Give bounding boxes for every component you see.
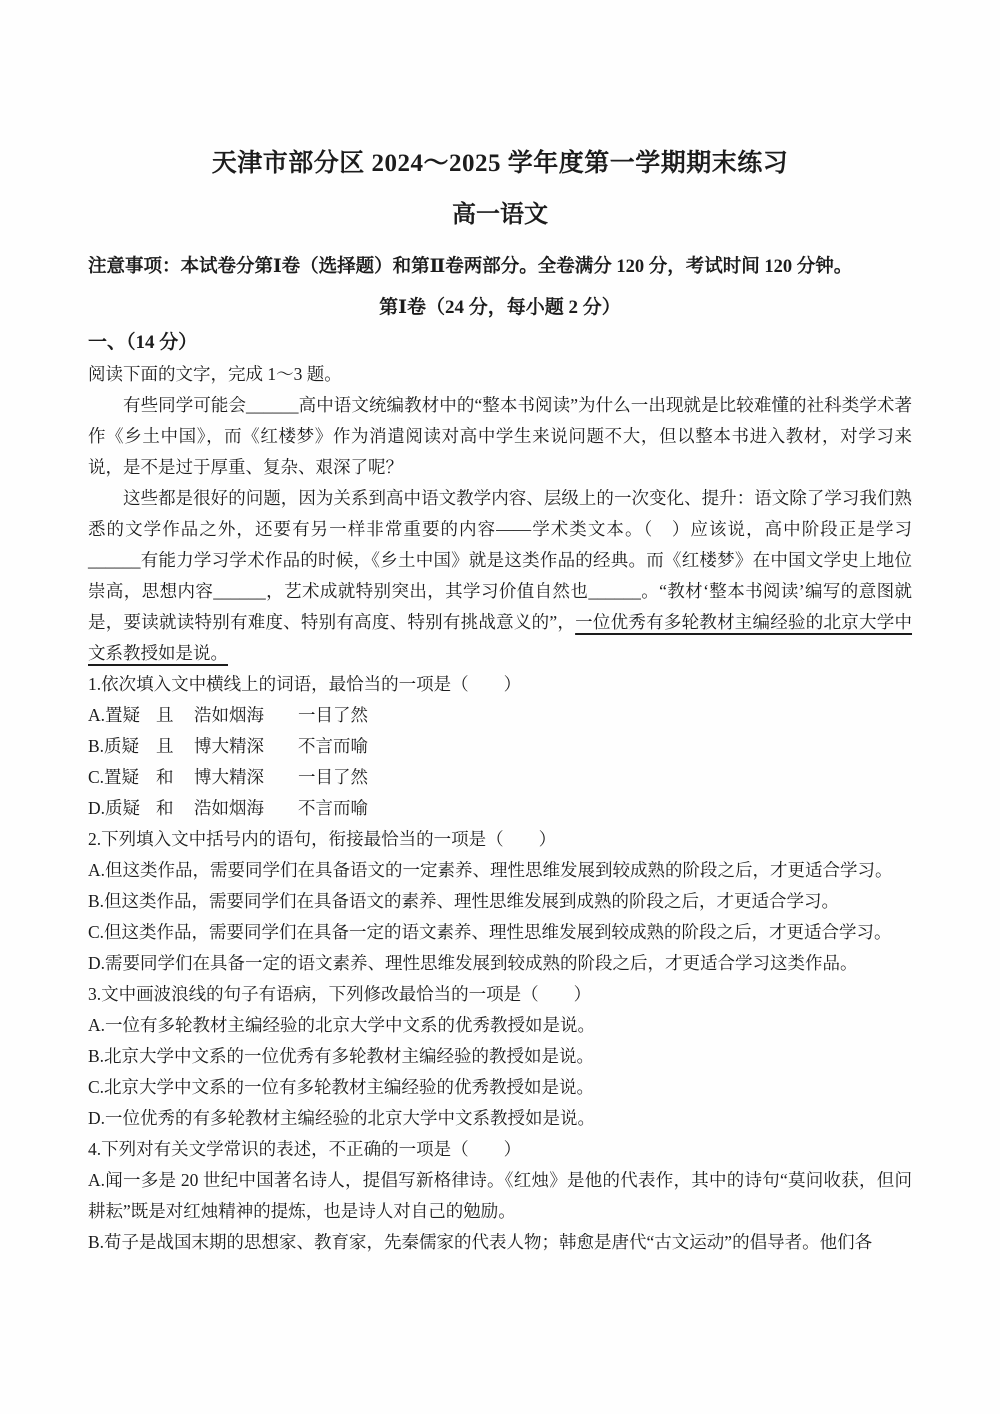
option-word: C.置疑 (88, 762, 156, 793)
part1-header: 第Ⅰ卷（24 分，每小题 2 分） (88, 292, 912, 323)
question-3-option-b: B.北京大学中文系的一位优秀有多轮教材主编经验的教授如是说。 (88, 1041, 912, 1072)
passage-paragraph-1: 有些同学可能会______高中语文统编教材中的“整本书阅读”为什么一出现就是比较… (88, 390, 912, 483)
passage-paragraph-2: 这些都是很好的问题，因为关系到高中语文教学内容、层级上的一次变化、提升：语文除了… (88, 483, 912, 669)
question-1-option-d: D.质疑 和 浩如烟海 不言而喻 (88, 793, 912, 824)
question-1-option-b: B.质疑 且 博大精深 不言而喻 (88, 731, 912, 762)
option-word: 一目了然 (298, 700, 368, 731)
question-2-option-a: A.但这类作品，需要同学们在具备语文的一定素养、理性思维发展到较成熟的阶段之后，… (88, 855, 912, 886)
question-1-option-c: C.置疑 和 博大精深 一目了然 (88, 762, 912, 793)
question-2-stem: 2.下列填入文中括号内的语句，衔接最恰当的一项是（ ） (88, 824, 912, 855)
question-1: 1.依次填入文中横线上的词语，最恰当的一项是（ ） A.置疑 且 浩如烟海 一目… (88, 669, 912, 824)
option-word: 且 (156, 700, 194, 731)
reading-instruction: 阅读下面的文字，完成 1～3 题。 (88, 359, 912, 390)
question-4-stem: 4.下列对有关文学常识的表述，不正确的一项是（ ） (88, 1134, 912, 1165)
option-word: 不言而喻 (298, 731, 368, 762)
option-word: D.质疑 (88, 793, 156, 824)
option-word: B.质疑 (88, 731, 156, 762)
question-3-option-c: C.北京大学中文系的一位有多轮教材主编经验的优秀教授如是说。 (88, 1072, 912, 1103)
question-4: 4.下列对有关文学常识的表述，不正确的一项是（ ） A.闻一多是 20 世纪中国… (88, 1134, 912, 1258)
question-2-option-b: B.但这类作品，需要同学们在具备语文的素养、理性思维发展到成熟的阶段之后，才更适… (88, 886, 912, 917)
option-word: 博大精深 (194, 762, 298, 793)
question-4-option-b: B.荀子是战国末期的思想家、教育家，先秦儒家的代表人物；韩愈是唐代“古文运动”的… (88, 1227, 912, 1258)
question-2-option-d: D.需要同学们在具备一定的语文素养、理性思维发展到较成熟的阶段之后，才更适合学习… (88, 948, 912, 979)
exam-subtitle: 高一语文 (88, 199, 912, 232)
exam-title: 天津市部分区 2024～2025 学年度第一学期期末练习 (88, 147, 912, 181)
option-word: 浩如烟海 (194, 793, 298, 824)
question-3-option-d: D.一位优秀的有多轮教材主编经验的北京大学中文系教授如是说。 (88, 1103, 912, 1134)
question-3: 3.文中画波浪线的句子有语病，下列修改最恰当的一项是（ ） A.一位有多轮教材主… (88, 979, 912, 1134)
question-3-stem: 3.文中画波浪线的句子有语病，下列修改最恰当的一项是（ ） (88, 979, 912, 1010)
passage-paragraph-2-text: 这些都是很好的问题，因为关系到高中语文教学内容、层级上的一次变化、提升：语文除了… (88, 488, 912, 632)
question-1-option-a: A.置疑 且 浩如烟海 一目了然 (88, 700, 912, 731)
exam-paper-page: 天津市部分区 2024～2025 学年度第一学期期末练习 高一语文 注意事项：本… (0, 0, 1000, 1414)
option-word: 和 (156, 762, 194, 793)
exam-notice: 注意事项：本试卷分第Ⅰ卷（选择题）和第Ⅱ卷两部分。全卷满分 120 分，考试时间… (88, 249, 912, 286)
option-word: 且 (156, 731, 194, 762)
question-2-option-c: C.但这类作品，需要同学们在具备一定的语文素养、理性思维发展到较成熟的阶段之后，… (88, 917, 912, 948)
option-word: 一目了然 (298, 762, 368, 793)
option-word: 和 (156, 793, 194, 824)
option-word: A.置疑 (88, 700, 156, 731)
section1-header: 一、（14 分） (88, 327, 912, 359)
option-word: 博大精深 (194, 731, 298, 762)
option-word: 浩如烟海 (194, 700, 298, 731)
option-word: 不言而喻 (298, 793, 368, 824)
question-3-option-a: A.一位有多轮教材主编经验的北京大学中文系的优秀教授如是说。 (88, 1010, 912, 1041)
question-1-stem: 1.依次填入文中横线上的词语，最恰当的一项是（ ） (88, 669, 912, 700)
question-2: 2.下列填入文中括号内的语句，衔接最恰当的一项是（ ） A.但这类作品，需要同学… (88, 824, 912, 979)
question-4-option-a: A.闻一多是 20 世纪中国著名诗人，提倡写新格律诗。《红烛》是他的代表作，其中… (88, 1165, 912, 1227)
